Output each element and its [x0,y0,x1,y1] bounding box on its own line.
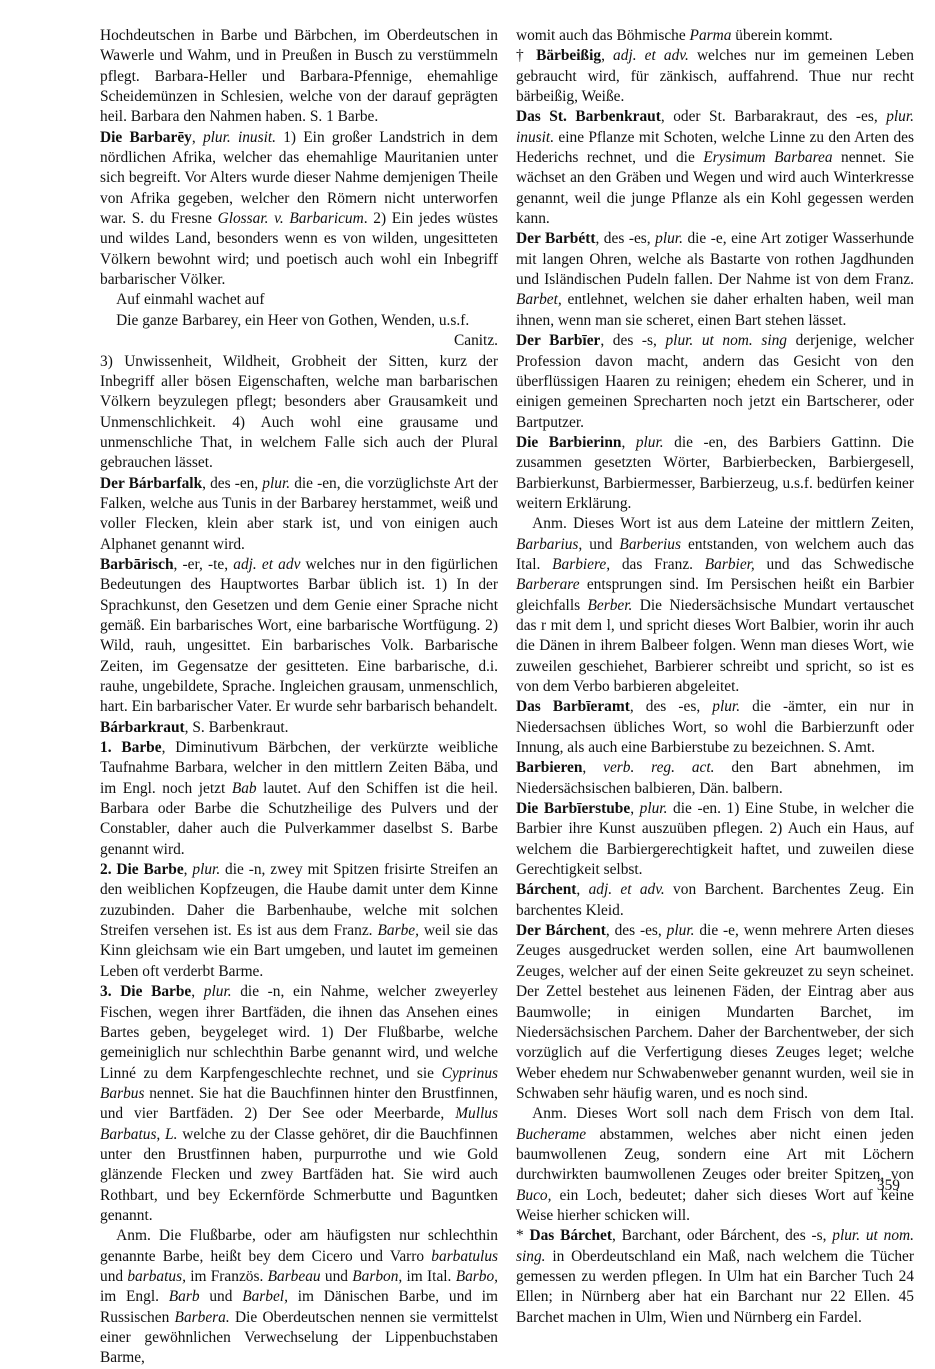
text-run: und [200,1288,243,1305]
italic-term: Barberare [516,576,580,593]
text-run: nennet. Sie hat die Bauchfinnen hinter d… [100,1085,498,1122]
text-run: im Engl. [100,1288,169,1305]
headword: Das Barbīeramt [516,698,630,715]
page-number: 359 [516,1176,900,1196]
entry-paragraph: Das Barbīeramt, des -es, plur. die -ämte… [516,697,914,758]
text-run: das Franz. [610,556,705,573]
text-run: , des -es, [595,230,655,247]
text-run: Hochdeutschen in Barbe und Bärbchen, im … [100,27,498,125]
headword: Bárbarkraut [100,719,185,736]
italic-term: plur. inusit. [203,129,276,146]
entry-paragraph: 3) Unwissenheit, Wildheit, Grobheit der … [100,352,498,474]
italic-term: Barbe, [377,922,418,939]
text-run: , des -es, [606,922,667,939]
italic-term: Barbo, [456,1268,498,1285]
entry-paragraph: 2. Die Barbe, plur. die -n, zwey mit Spi… [100,860,498,982]
headword: Die Barbarēy [100,129,192,146]
italic-term: Bucherame [516,1126,586,1143]
headword: Barbārisch [100,556,174,573]
entry-paragraph: 1. Barbe, Diminutivum Bärbchen, der verk… [100,738,498,860]
headword: Die Barbīerstube [516,800,630,817]
text-run: , oder St. Barbarakraut, des -es, [661,108,886,125]
entry-paragraph: womit auch das Böhmische Parma überein k… [516,26,914,46]
headword: Das Bárchet [530,1227,612,1244]
italic-term: Barbet, [516,291,562,308]
text-run: , [630,800,639,817]
italic-term: plur. [640,800,668,817]
left-text-column: Hochdeutschen in Barbe und Bärbchen, im … [100,26,498,1369]
italic-term: Barbarius, [516,536,582,553]
italic-term: Barbel, [242,1288,288,1305]
entry-paragraph: Die Barbīerstube, plur. die -en. 1) Eine… [516,799,914,880]
italic-term: verb. reg. act. [603,759,714,776]
text-run: im Ital. [402,1268,455,1285]
remark-paragraph: Anm. Dieses Wort ist aus dem Lateine der… [516,514,914,697]
headword: Der Barbétt [516,230,595,247]
text-run: und [100,1268,127,1285]
headword: 3. Die Barbe [100,983,191,1000]
text-run: die -e, wenn mehrere Arten dieses Zeuges… [516,922,914,1102]
headword: Die Barbierinn [516,434,621,451]
italic-term: Barbiere, [552,556,610,573]
entry-paragraph: Der Bárchent, des -es, plur. die -e, wen… [516,921,914,1104]
entry-paragraph: Barbieren, verb. reg. act. den Bart abne… [516,758,914,799]
text-run: , [192,129,203,146]
text-run: , S. Barbenkraut. [185,719,289,736]
remark-paragraph: Anm. Dieses Wort soll nach dem Frisch vo… [516,1104,914,1226]
entry-paragraph: Der Bárbarfalk, des -en, plur. die -en, … [100,474,498,555]
text-run: Anm. Dieses Wort ist aus dem Lateine der… [532,515,914,532]
italic-term: Bab [232,780,257,797]
headword: Der Bárbarfalk [100,475,202,492]
headword: Das St. Barbenkraut [516,108,661,125]
text-run: , des -s, [600,332,665,349]
text-run: überein kommt. [731,27,832,44]
remark-paragraph: Anm. Die Flußbarbe, oder am häufigsten n… [100,1226,498,1368]
headword: Der Bárchent [516,922,606,939]
text-run: , [621,434,635,451]
text-run: , des -es, [630,698,712,715]
attribution-line: Canitz. [100,331,498,351]
text-run: , [601,47,613,64]
verse-line: Auf einmahl wachet auf [100,290,498,310]
entry-paragraph: Der Barbétt, des -es, plur. die -e, eine… [516,229,914,331]
text-run: womit auch das Böhmische [516,27,690,44]
text-run: Auf einmahl wachet auf [116,291,264,308]
italic-term: plur. [712,698,740,715]
text-run: und das Schwedische [755,556,914,573]
text-run: , [576,881,588,898]
entry-paragraph: Die Barbierinn, plur. die -en, des Barbi… [516,433,914,514]
text-run: , -er, -te, [174,556,234,573]
text-run: im Französ. [186,1268,268,1285]
italic-term: Barbera. [175,1309,230,1326]
italic-term: Glossar. v. Barbaricum [218,210,364,227]
entry-paragraph: Bárchent, adj. et adv. von Barchent. Bar… [516,880,914,921]
headword: Bärbeißig [536,47,601,64]
entry-paragraph: Hochdeutschen in Barbe und Bärbchen, im … [100,26,498,128]
italic-term: barbatus, [127,1268,186,1285]
italic-term: plur. [655,230,683,247]
text-run: † [516,47,536,64]
italic-term: plur. ut nom. sing [665,332,787,349]
italic-term: Barbon, [352,1268,402,1285]
entry-paragraph: Bárbarkraut, S. Barbenkraut. [100,718,498,738]
headword: 2. Die Barbe [100,861,184,878]
italic-term: adj. et adv. [589,881,665,898]
text-run: , des -en, [202,475,262,492]
italic-term: Berber. [587,597,632,614]
text-run: , [582,759,603,776]
entry-paragraph: Die Barbarēy, plur. inusit. 1) Ein große… [100,128,498,291]
text-run: und [582,536,619,553]
italic-term: Erysimum Barbarea [703,149,832,166]
text-run: in Oberdeutschland ein Maß, nach welchem… [516,1248,914,1326]
headword: Bárchent [516,881,576,898]
italic-term: Parma [690,27,732,44]
italic-term: Barberius [619,536,681,553]
text-run: entlehnet, welchen sie daher erhalten ha… [516,291,914,328]
entry-paragraph: † Bärbeißig, adj. et adv. welches nur im… [516,46,914,107]
italic-term: plur. [636,434,664,451]
entry-paragraph: * Das Bárchet, Barchant, oder Bárchent, … [516,1226,914,1328]
entry-paragraph: Barbārisch, -er, -te, adj. et adv welche… [100,555,498,718]
italic-term: adj. et adv [233,556,300,573]
text-run: und [321,1268,353,1285]
text-run: welches nur in den figürlichen Bedeutung… [100,556,498,715]
headword: Der Barbīer [516,332,600,349]
text-run: * [516,1227,530,1244]
italic-term: barbatulus [431,1248,498,1265]
entry-paragraph: 3. Die Barbe, plur. die -n, ein Nahme, w… [100,982,498,1226]
dictionary-page: Hochdeutschen in Barbe und Bärbchen, im … [0,0,935,1210]
italic-term: Barbeau [268,1268,321,1285]
italic-term: Barb [169,1288,200,1305]
italic-term: plur. [204,983,232,1000]
entry-paragraph: Der Barbīer, des -s, plur. ut nom. sing … [516,331,914,433]
text-run: 3) Unwissenheit, Wildheit, Grobheit der … [100,353,498,472]
italic-term: plur. [667,922,695,939]
italic-term: plur. [262,475,290,492]
headword: Barbieren [516,759,582,776]
text-run: , [191,983,204,1000]
text-run: Canitz. [454,332,498,349]
italic-term: adj. et adv. [613,47,689,64]
italic-term: plur. [192,861,220,878]
text-run: , Barchant, oder Bárchent, des -s, [612,1227,832,1244]
headword: 1. Barbe [100,739,162,756]
text-run: Die ganze Barbarey, ein Heer von Gothen,… [116,312,469,329]
italic-term: Barbier, [705,556,755,573]
entry-paragraph: Das St. Barbenkraut, oder St. Barbarakra… [516,107,914,229]
right-text-column: womit auch das Böhmische Parma überein k… [516,26,914,1328]
text-run: Anm. Dieses Wort soll nach dem Frisch vo… [532,1105,914,1122]
verse-line: Die ganze Barbarey, ein Heer von Gothen,… [100,311,498,331]
